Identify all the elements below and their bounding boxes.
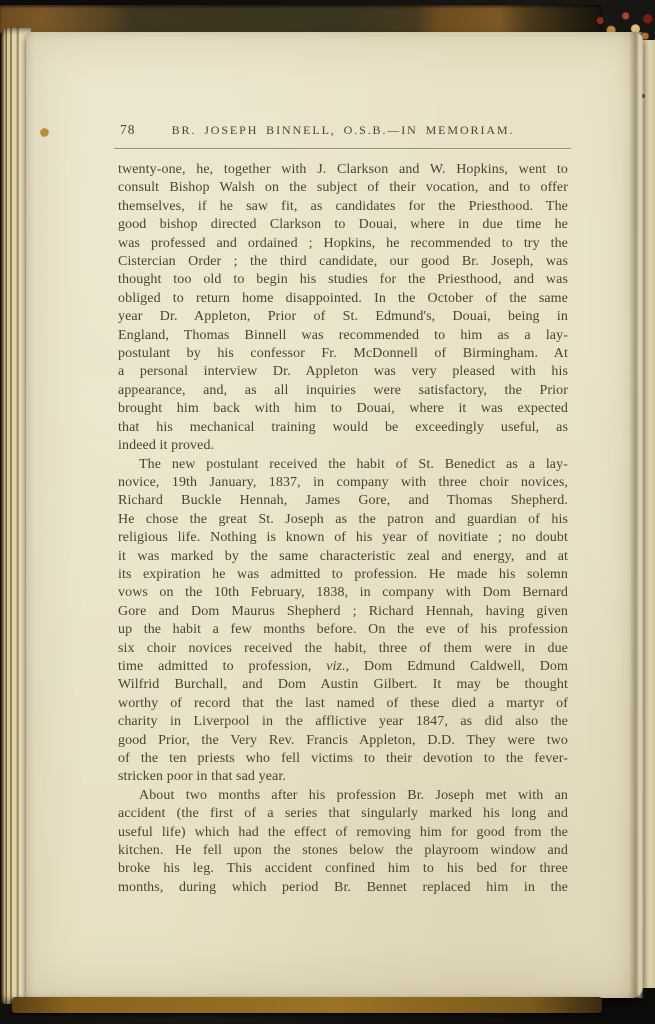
text-line: brought him back with him to Douai, wher… [118,400,568,418]
text-line: a personal interview Dr. Appleton was ve… [118,363,568,381]
text-line: it was marked by the same characteristic… [118,548,568,566]
page-header: 78 BR. JOSEPH BINNELL, O.S.B.—IN MEMORIA… [118,120,568,140]
text-line: religious life. Nothing is known of his … [118,529,568,547]
text-line: indeed it proved. [118,437,568,455]
book-cover-bottom-edge [12,997,602,1013]
header-rule [114,148,571,149]
text-line: appearance, and, as all inquiries were s… [118,382,568,400]
text-line: thought too old to begin his studies for… [118,271,568,289]
text-line: useful life) which had the effect of rem… [118,824,568,842]
text-line: stricken poor in that sad year. [118,768,568,786]
text-line: its expiration he was admitted to profes… [118,566,568,584]
text-line: good bishop directed Clarkson to Douai, … [118,216,568,234]
text-line: Cistercian Order ; the third candidate, … [118,253,568,271]
text-line: England, Thomas Binnell was recommended … [118,327,568,345]
text-line: of the ten priests who fell victims to t… [118,750,568,768]
text-line: months, during which period Br. Bennet r… [118,879,568,897]
text-line: About two months after his profession Br… [118,787,568,805]
text-line: up the habit a few months before. On the… [118,621,568,639]
text-segment: , Dom Edmund Caldwell, Dom [346,659,568,674]
text-line: The new postulant received the habit of … [118,456,568,474]
paragraph: About two months after his profession Br… [118,787,568,897]
text-line: charity in Liverpool in the afflictive y… [118,713,568,731]
paragraph: The new postulant received the habit of … [118,456,568,787]
spine-fold-crease [629,32,644,998]
text-line: novice, 19th January, 1837, in company w… [118,474,568,492]
text-line: year Dr. Appleton, Prior of St. Edmund's… [118,308,568,326]
text-line: worthy of record that the last named of … [118,695,568,713]
text-line: He chose the great St. Joseph as the pat… [118,511,568,529]
book-cover-top-edge [0,5,601,34]
text-line: twenty-one, he, together with J. Clarkso… [118,161,568,179]
paragraph: twenty-one, he, together with J. Clarkso… [118,161,568,456]
text-line: obliged to return home disappointed. In … [118,290,568,308]
text-line: Gore and Dom Maurus Shepherd ; Richard H… [118,603,568,621]
text-line: that his mechanical training would be ex… [118,419,568,437]
italic-text: viz. [326,659,345,674]
text-segment: time admitted to profession, [118,659,326,674]
text-line: Wilfrid Burchall, and Dom Austin Gilbert… [118,676,568,694]
text-line: themselves, if he saw fit, as candidates… [118,198,568,216]
page-body: twenty-one, he, together with J. Clarkso… [118,161,568,897]
text-line: good Prior, the Very Rev. Francis Applet… [118,732,568,750]
book-page: 78 BR. JOSEPH BINNELL, O.S.B.—IN MEMORIA… [26,32,643,998]
text-line: broke his leg. This accident confined hi… [118,860,568,878]
text-line: six choir novices received the habit, th… [118,640,568,658]
text-line: was professed and ordained ; Hopkins, he… [118,235,568,253]
running-header: BR. JOSEPH BINNELL, O.S.B.—IN MEMORIAM. [118,123,568,138]
text-line: postulant by his confessor Fr. McDonnell… [118,345,568,363]
stain-dot [40,128,49,137]
book-photo: 78 BR. JOSEPH BINNELL, O.S.B.—IN MEMORIA… [0,0,655,1024]
text-line: vows on the 10th February, 1838, in comp… [118,584,568,602]
text-line: kitchen. He fell upon the stones below t… [118,842,568,860]
text-line: time admitted to profession, viz., Dom E… [118,658,568,676]
text-line: accident (the first of a series that sin… [118,805,568,823]
text-line: Richard Buckle Hennah, James Gore, and T… [118,492,568,510]
text-line: consult Bishop Walsh on the subject of t… [118,179,568,197]
